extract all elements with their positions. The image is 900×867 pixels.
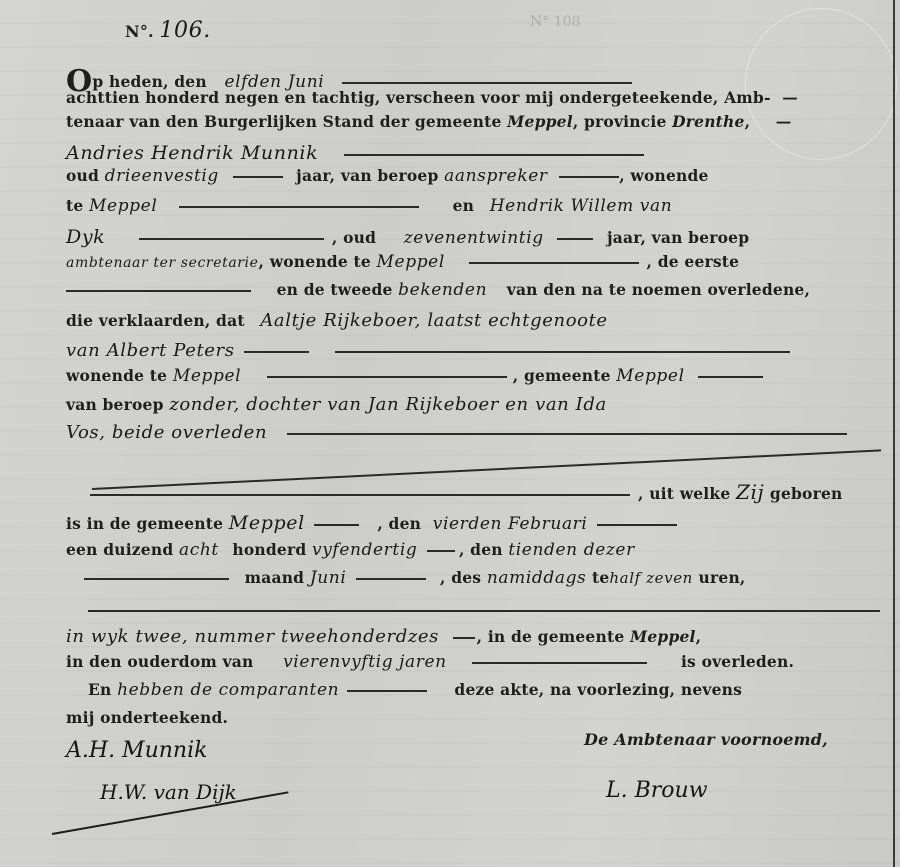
printed-text: die verklaarden, dat — [66, 311, 245, 330]
printed-text: deze akte, na voorlezing, nevens — [454, 680, 742, 699]
printed-text: in den ouderdom van — [66, 652, 253, 671]
deceased-spouse: van Albert Peters — [66, 340, 235, 361]
line-11: van Albert Peters — [66, 340, 790, 361]
printed-text: te — [66, 196, 83, 215]
line-8: ambtenaar ter secretarie, wonende te Mep… — [66, 252, 739, 272]
printed-text: , wonende — [619, 166, 708, 185]
deceased-name: Aaltje Rijkeboer, laatst echtgenoote — [260, 310, 607, 331]
witness-1-signature: A.H. Munnik — [66, 738, 207, 763]
line-9: en de tweede bekenden van den na te noem… — [66, 280, 810, 300]
declarant-2-age: zevenentwintig — [404, 228, 544, 248]
fill-rule — [453, 637, 475, 639]
printed-text: , des — [440, 568, 481, 587]
dash: — — [776, 112, 792, 131]
printed-text: , — [696, 627, 702, 646]
parents-status: Vos, beide overleden — [66, 422, 267, 443]
deceased-municipality: Meppel — [616, 366, 684, 386]
line-17: een duizend acht honderd vyfendertig , d… — [66, 540, 635, 560]
fill-rule — [88, 610, 880, 612]
birth-year-part-1: acht — [179, 540, 219, 560]
record-number: N°. 106. — [125, 18, 211, 43]
printed-text: En — [88, 680, 111, 699]
birth-year-part-2: vyfendertig — [312, 540, 417, 560]
death-day: tienden dezer — [508, 540, 634, 560]
fill-rule — [179, 206, 419, 208]
line-6: te Meppel en Hendrik Willem van — [66, 196, 672, 216]
declarant-1-name: Andries Hendrik Munnik — [66, 142, 318, 164]
printed-text: achttien honderd negen en tachtig, versc… — [66, 88, 771, 107]
line-18: maand Juni , des namiddags tehalf zeven … — [84, 568, 746, 588]
fill-rule — [469, 262, 639, 264]
printed-text: en de tweede — [277, 280, 393, 299]
fill-rule — [342, 82, 632, 84]
printed-text: , in de gemeente — [477, 627, 625, 646]
fill-rule — [244, 351, 309, 353]
dash: — — [782, 88, 798, 107]
fill-rule — [233, 176, 283, 178]
fill-rule — [267, 376, 507, 378]
signing-clause: hebben de comparanten — [117, 680, 339, 700]
official-title: De Ambtenaar voornoemd, — [584, 730, 828, 749]
fill-rule — [559, 176, 619, 178]
birth-date: vierden Februari — [433, 514, 588, 534]
printed-text: van beroep — [66, 395, 164, 414]
show-through-text: N° 108 — [530, 14, 580, 30]
printed-text: jaar, van beroep — [296, 166, 438, 185]
death-hour: half zeven — [609, 569, 693, 587]
printed-text: jaar, van beroep — [607, 228, 749, 247]
municipality-name: Meppel — [507, 112, 573, 131]
printed-text: wonende te — [66, 366, 167, 385]
line-2: achttien honderd negen en tachtig, versc… — [66, 88, 798, 107]
line-16: is in de gemeente Meppel , den vierden F… — [66, 512, 677, 534]
printed-text: en — [453, 196, 475, 215]
line-7: Dyk , oud zevenentwintig jaar, van beroe… — [66, 226, 749, 248]
declarant-1-occupation: aanspreker — [444, 166, 548, 186]
printed-text: maand — [245, 568, 305, 587]
witness-2-signature: H.W. van Dijk — [100, 780, 237, 804]
fill-rule — [335, 351, 790, 353]
declarant-2-name: Hendrik Willem van — [490, 196, 673, 216]
printed-text: een duizend — [66, 540, 173, 559]
line-21: En hebben de comparanten deze akte, na v… — [88, 680, 742, 700]
death-month: Juni — [310, 568, 347, 588]
line-19: in wyk twee, nummer tweehonderdzes , in … — [66, 626, 701, 647]
line-10: die verklaarden, dat Aaltje Rijkeboer, l… — [66, 310, 608, 331]
fill-rule — [344, 154, 644, 156]
printed-text: is overleden. — [681, 652, 794, 671]
fill-rule — [90, 494, 630, 496]
line-4: Andries Hendrik Munnik — [66, 142, 644, 164]
printed-text: tenaar van den Burgerlijken Stand der ge… — [66, 112, 502, 131]
printed-text: , — [745, 112, 751, 131]
printed-text: uren, — [699, 568, 746, 587]
line-15: , uit welke Zij geboren — [90, 480, 843, 504]
line-13: van beroep zonder, dochter van Jan Rijke… — [66, 394, 607, 415]
printed-text: te — [592, 568, 609, 587]
line-3: tenaar van den Burgerlijken Stand der ge… — [66, 112, 791, 131]
fill-rule — [557, 238, 593, 240]
death-address: in wyk twee, nummer tweehonderdzes — [66, 626, 439, 647]
printed-text: honderd — [232, 540, 306, 559]
printed-text: , den — [377, 514, 421, 533]
fill-rule — [356, 578, 426, 580]
fill-rule — [347, 690, 427, 692]
printed-text: , gemeente — [513, 366, 611, 385]
printed-text: , provincie — [573, 112, 667, 131]
line-5: oud drieenvestig jaar, van beroep aanspr… — [66, 166, 709, 186]
printed-text: geboren — [770, 484, 843, 503]
declarant-2-occupation: ambtenaar ter secretarie — [66, 255, 259, 271]
birth-place: Meppel — [229, 512, 305, 534]
death-municipality: Meppel — [630, 627, 696, 646]
record-number-label: N°. — [125, 22, 154, 41]
declarant-2-residence: Meppel — [377, 252, 445, 272]
printed-text: , de eerste — [647, 252, 740, 271]
printed-text: , uit welke — [638, 484, 730, 503]
printed-text: mij onderteekend. — [66, 708, 228, 727]
fill-rule — [427, 550, 455, 552]
printed-text: oud — [66, 166, 99, 185]
declarant-1-age: drieenvestig — [105, 166, 219, 186]
embossed-seal — [745, 8, 897, 160]
deceased-residence: Meppel — [173, 366, 241, 386]
page-border — [893, 0, 895, 867]
line-22: mij onderteekend. — [66, 708, 228, 727]
death-time-of-day: namiddags — [487, 568, 587, 588]
printed-text: , wonende te — [259, 252, 371, 271]
age-at-death: vierenvyftig jaren — [283, 652, 447, 672]
printed-text: , oud — [332, 228, 376, 247]
line-12: wonende te Meppel , gemeente Meppel — [66, 366, 763, 386]
deceased-occupation-parents: zonder, dochter van Jan Rijkeboer en van… — [169, 394, 607, 415]
official-signature: L. Brouw — [606, 778, 708, 803]
relation-to-deceased: bekenden — [398, 280, 487, 300]
printed-text: is in de gemeente — [66, 514, 223, 533]
fill-rule — [472, 662, 647, 664]
fill-rule — [287, 433, 847, 435]
document-page: N°. 106. Op heden, den elfden Juni achtt… — [0, 0, 900, 867]
fill-rule — [66, 290, 251, 292]
pronoun: Zij — [736, 480, 764, 504]
fill-rule — [597, 524, 677, 526]
fill-rule — [84, 578, 229, 580]
fill-rule — [139, 238, 324, 240]
fill-rule — [698, 376, 763, 378]
line-20: in den ouderdom van vierenvyftig jaren i… — [66, 652, 794, 672]
printed-text: , den — [459, 540, 503, 559]
declarant-2-surname: Dyk — [66, 226, 105, 248]
record-number-value: 106. — [159, 18, 210, 43]
printed-text: van den na te noemen overledene, — [507, 280, 810, 299]
line-14: Vos, beide overleden — [66, 422, 847, 443]
declarant-1-residence: Meppel — [89, 196, 157, 216]
fill-rule — [314, 524, 359, 526]
province-name: Drenthe — [672, 112, 744, 131]
